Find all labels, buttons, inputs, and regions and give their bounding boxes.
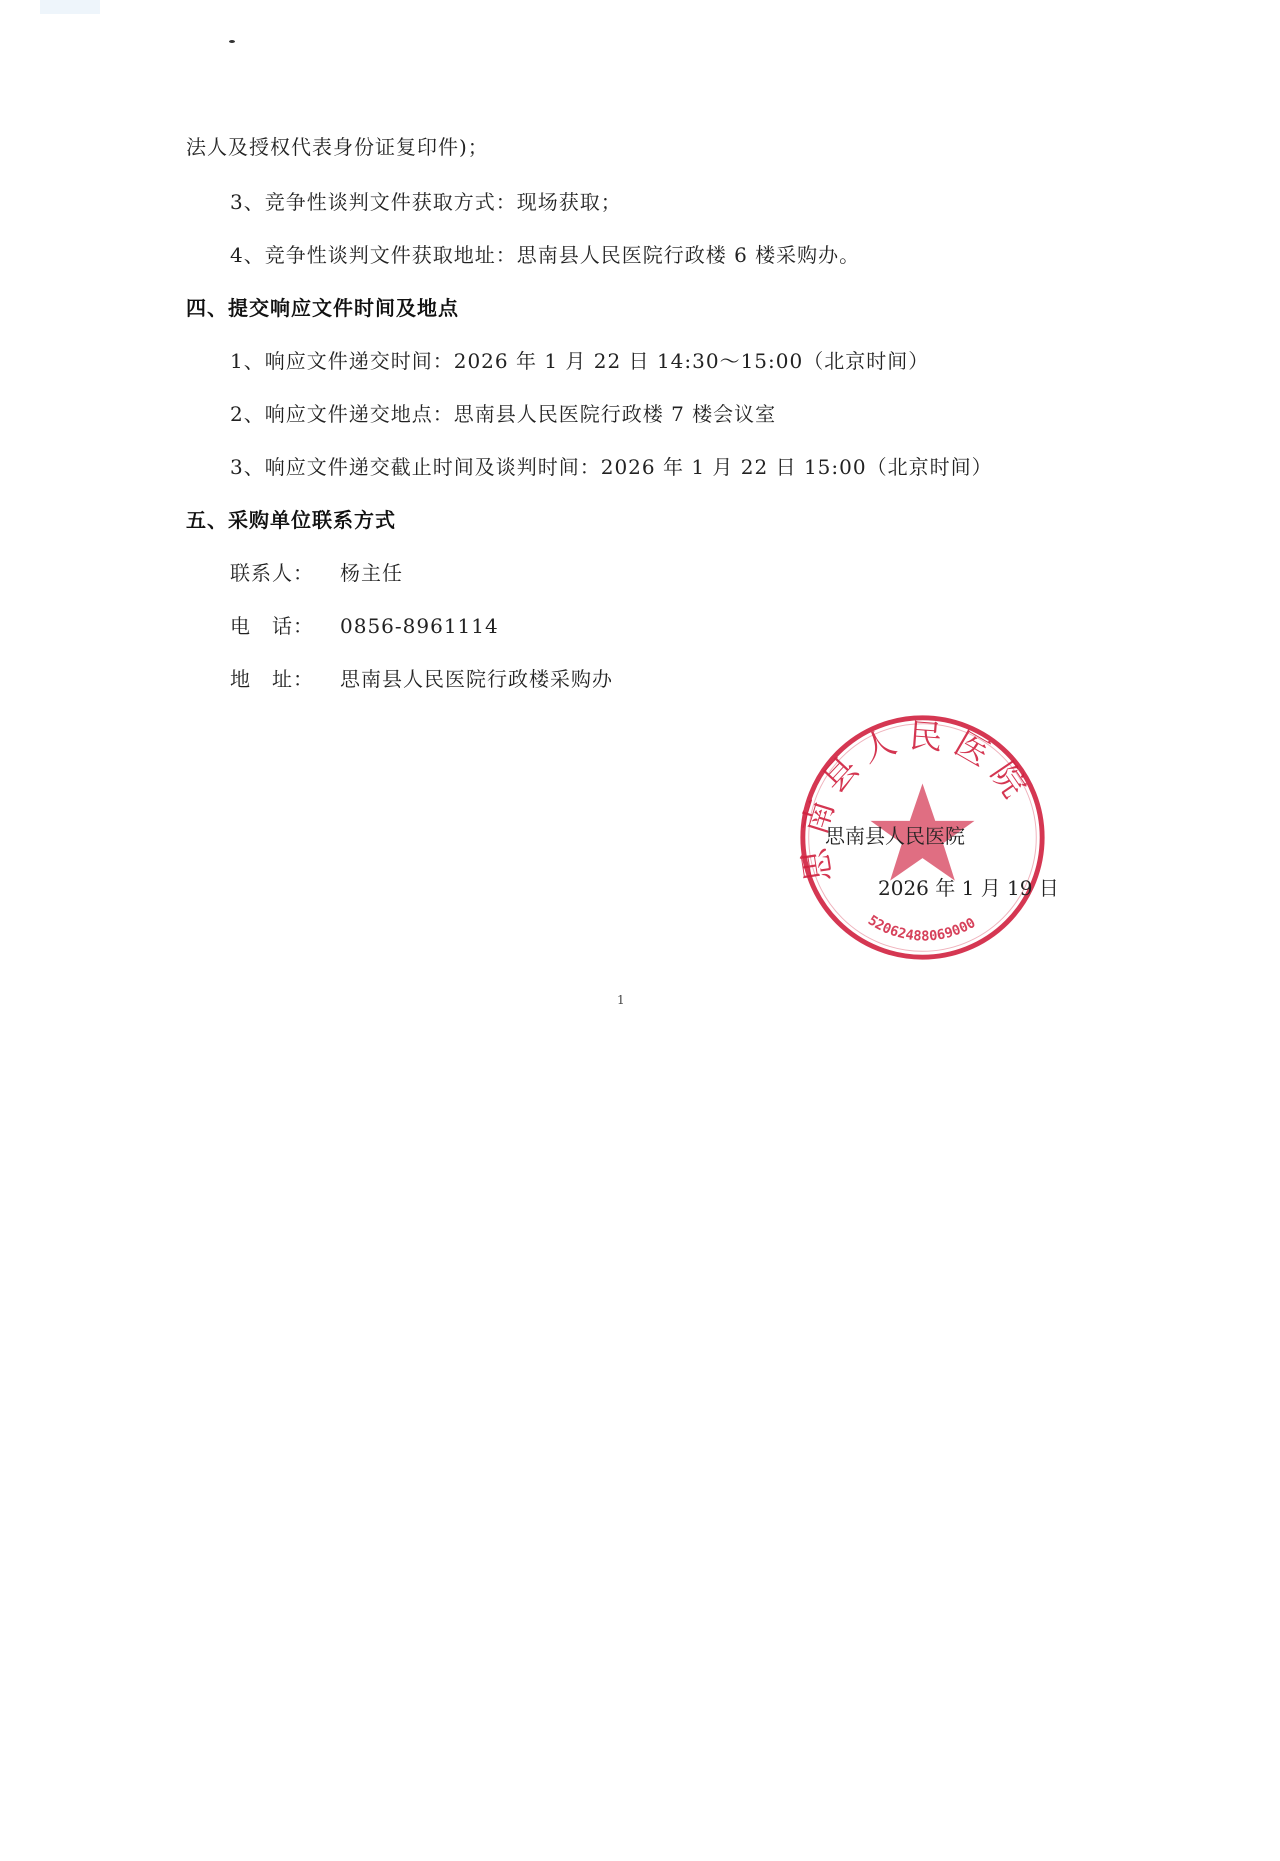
contact-value: 0856-8961114 (340, 614, 499, 638)
contact-row-person: 联系人：杨主任 (230, 560, 403, 586)
section3-item: 3、竞争性谈判文件获取方式：现场获取； (230, 189, 622, 215)
scan-speck (229, 40, 235, 43)
contact-value: 杨主任 (340, 561, 403, 585)
section4-heading: 四、提交响应文件时间及地点 (186, 295, 459, 321)
contact-label: 电 话： (230, 613, 340, 639)
svg-text:52062488069000: 52062488069000 (865, 912, 978, 944)
section3-item: 4、竞争性谈判文件获取地址：思南县人民医院行政楼 6 楼采购办。 (230, 242, 860, 268)
scan-artifact (40, 0, 100, 14)
contact-row-phone: 电 话：0856-8961114 (230, 613, 499, 639)
continuation-line: 法人及授权代表身份证复印件)； (186, 134, 489, 160)
section4-item: 3、响应文件递交截止时间及谈判时间：2026 年 1 月 22 日 15:00（… (230, 454, 993, 480)
contact-value: 思南县人民医院行政楼采购办 (340, 667, 613, 691)
section5-heading: 五、采购单位联系方式 (186, 507, 396, 533)
signature-organization: 思南县人民医院 (825, 820, 965, 849)
contact-row-address: 地 址：思南县人民医院行政楼采购办 (230, 666, 613, 692)
section4-item: 2、响应文件递交地点：思南县人民医院行政楼 7 楼会议室 (230, 401, 776, 427)
document-page: 法人及授权代表身份证复印件)； 3、竞争性谈判文件获取方式：现场获取； 4、竞争… (0, 0, 1280, 1861)
contact-label: 联系人： (230, 560, 340, 586)
section4-item: 1、响应文件递交时间：2026 年 1 月 22 日 14:30～15:00（北… (230, 348, 929, 374)
signature-date: 2026 年 1 月 19 日 (878, 872, 1059, 901)
contact-label: 地 址： (230, 666, 340, 692)
page-mark: 1 (617, 993, 625, 1007)
